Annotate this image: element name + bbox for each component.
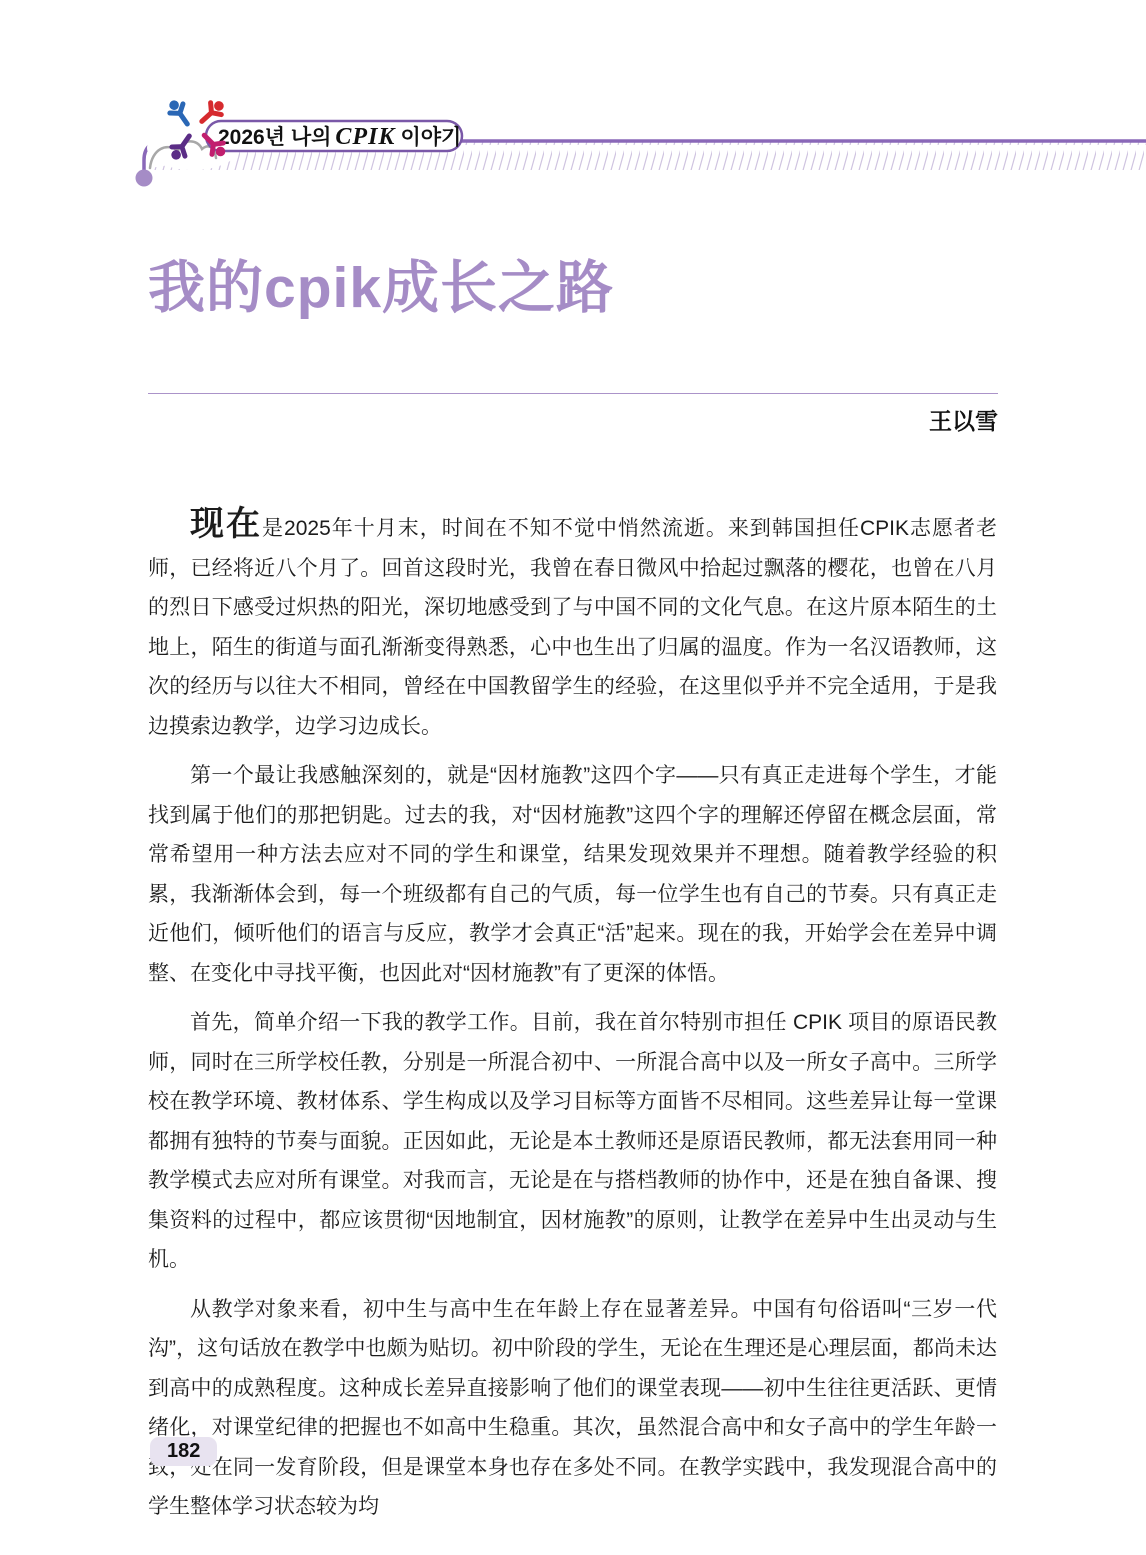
paragraph: 第一个最让我感触深刻的，就是“因材施教”这四个字——只有真正走进每个学生，才能找… <box>148 756 997 993</box>
paragraph: 首先，简单介绍一下我的教学工作。目前，我在首尔特别市担任 CPIK 项目的原语民… <box>148 1003 997 1280</box>
page-number-badge: 182 <box>150 1437 217 1466</box>
header-badge-label: 2026년 나의CPIK이야기 <box>218 124 461 150</box>
paragraph: 从教学对象来看，初中生与高中生在年龄上存在显著差异。中国有句俗语叫“三岁一代沟”… <box>148 1290 997 1527</box>
title-separator <box>148 393 998 394</box>
page-header-banner: 2026년 나의CPIK이야기 <box>0 0 1146 210</box>
article-body: 现在是2025年十月末，时间在不知不觉中悄然流逝。来到韩国担任CPIK志愿者老师… <box>148 508 997 1537</box>
opening-text: 是2025年十月末，时间在不知不觉中悄然流逝。来到韩国担任CPIK志愿者老师，已… <box>148 517 997 738</box>
article-title: 我的cpik成长之路 <box>148 242 1008 324</box>
opening-lead-characters: 现在 <box>190 506 262 543</box>
document-page: 2026년 나의CPIK이야기 我的cpik成长之路 王以 <box>0 0 1146 1555</box>
article-author: 王以雪 <box>929 403 998 436</box>
paragraph-opening: 现在是2025年十月末，时间在不知不觉中悄然流逝。来到韩国担任CPIK志愿者老师… <box>148 508 997 746</box>
header-line-dot <box>136 170 153 187</box>
